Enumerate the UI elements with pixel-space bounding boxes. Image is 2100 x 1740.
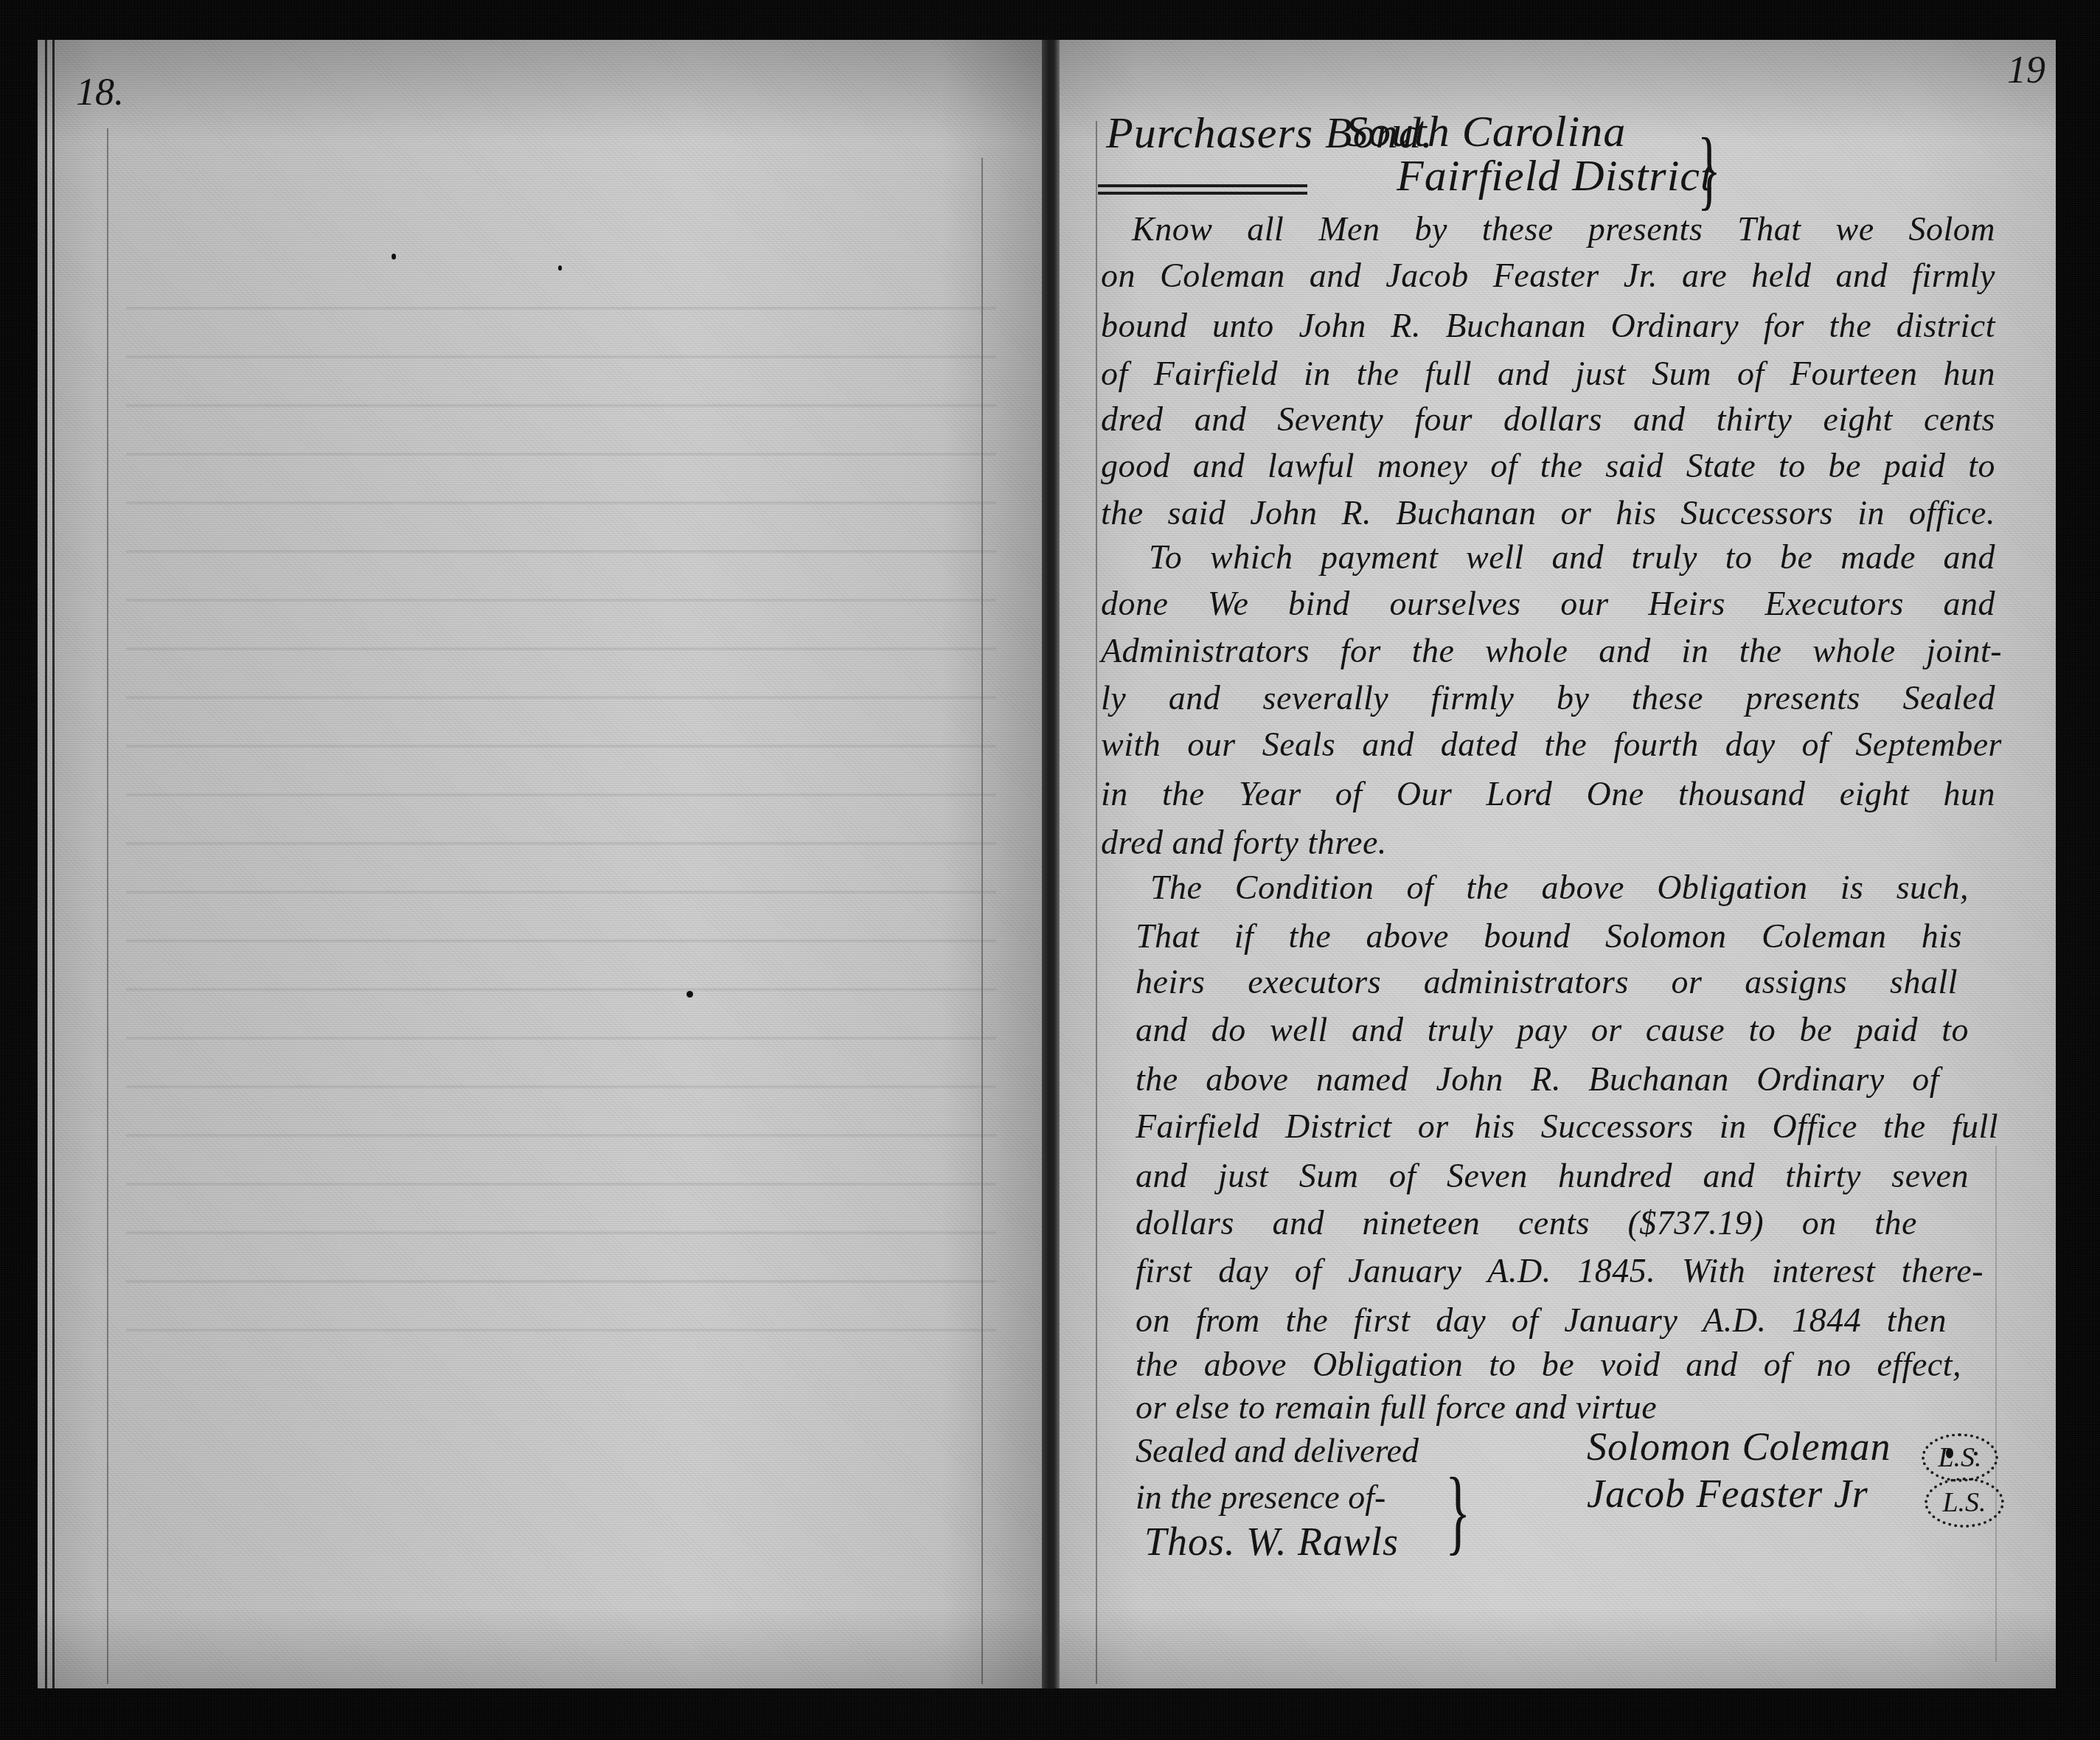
- body-line: and just Sum of Seven hundred and thirty…: [1136, 1155, 1969, 1197]
- body-line: To which payment well and truly to be ma…: [1149, 537, 1995, 578]
- signature-jacob-feaster: Jacob Feaster Jr: [1587, 1474, 1868, 1514]
- body-line: bound unto John R. Buchanan Ordinary for…: [1101, 305, 1995, 347]
- body-line: dred and Seventy four dollars and thirty…: [1101, 399, 1995, 440]
- body-line: first day of January A.D. 1845. With int…: [1136, 1250, 1983, 1292]
- body-line: the above Obligation to be void and of n…: [1136, 1344, 1961, 1385]
- body-line: or else to remain full force and virtue: [1136, 1387, 1657, 1428]
- body-line: dollars and nineteen cents ($737.19) on …: [1136, 1203, 1917, 1244]
- body-line: dred and forty three.: [1101, 822, 1387, 863]
- body-line: on from the first day of January A.D. 18…: [1136, 1300, 1947, 1341]
- margin-rule: [1096, 121, 1097, 1684]
- heading-brace: }: [1697, 125, 1721, 214]
- left-page: 18.: [38, 40, 1042, 1688]
- body-line: and do well and truly pay or cause to be…: [1136, 1009, 1969, 1051]
- body-line: in the Year of Our Lord One thousand eig…: [1101, 773, 1995, 815]
- body-line: good and lawful money of the said State …: [1101, 445, 1995, 487]
- bleed-through-text: [126, 261, 996, 1367]
- seal-icon: L.S.: [1925, 1478, 2004, 1528]
- title-underline: [1098, 184, 1307, 187]
- page-edge-line: [52, 40, 55, 1688]
- attestation-brace: }: [1445, 1464, 1470, 1559]
- title-underline: [1098, 192, 1307, 195]
- attestation-line: in the presence of-: [1136, 1480, 1385, 1514]
- ink-speck: [558, 265, 562, 271]
- body-line: of Fairfield in the full and just Sum of…: [1101, 353, 1995, 394]
- body-line: done We bind ourselves our Heirs Executo…: [1101, 583, 1995, 624]
- body-line: on Coleman and Jacob Feaster Jr. are hel…: [1101, 255, 1995, 296]
- witness-signature: Thos. W. Rawls: [1144, 1522, 1399, 1562]
- seal-label: L.S.: [1942, 1486, 1986, 1519]
- body-line: with our Seals and dated the fourth day …: [1101, 724, 2002, 765]
- ink-speck: [686, 991, 693, 998]
- state-name: South Carolina: [1346, 109, 1626, 153]
- book-gutter: [1042, 40, 1060, 1688]
- attestation-line: Sealed and delivered: [1136, 1434, 1419, 1468]
- signature-solomon-coleman: Solomon Coleman: [1587, 1427, 1891, 1466]
- seal-icon: L.S.: [1922, 1433, 1998, 1482]
- page-number: 19: [2007, 52, 2045, 90]
- body-line: Administrators for the whole and in the …: [1101, 630, 2002, 672]
- body-line: ly and severally firmly by these present…: [1101, 678, 1995, 719]
- margin-rule: [107, 128, 108, 1684]
- seal-label: L.S.: [1938, 1441, 1981, 1474]
- page-edge-line: [45, 40, 47, 1688]
- body-line: the said John R. Buchanan or his Success…: [1101, 493, 1995, 534]
- margin-rule: [1995, 1146, 1997, 1662]
- body-line: heirs executors administrators or assign…: [1136, 961, 1958, 1003]
- body-line: The Condition of the above Obligation is…: [1150, 867, 1969, 908]
- district-name: Fairfield District: [1397, 153, 1714, 198]
- page-number: 18.: [76, 74, 124, 112]
- ink-speck: [392, 254, 396, 260]
- body-line: the above named John R. Buchanan Ordinar…: [1136, 1059, 1939, 1100]
- body-line: Know all Men by these presents That we S…: [1132, 209, 1995, 250]
- body-line: That if the above bound Solomon Coleman …: [1136, 916, 1962, 957]
- body-line: Fairfield District or his Successors in …: [1136, 1106, 1998, 1147]
